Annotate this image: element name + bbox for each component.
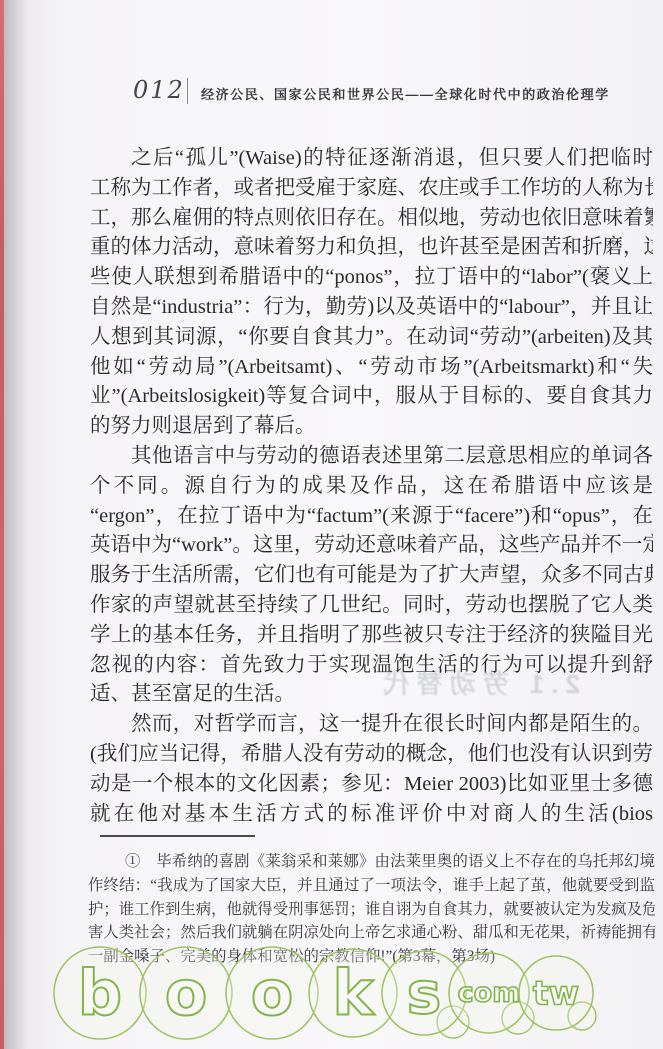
body-line: 工称为工作者，或者把受雇于家庭、农庄或手工作坊的人称为长 [90,174,653,204]
footnote-line: 一副金嗓子、完美的身体和宽松的宗教信仰!”(第3幕，第3场) [88,945,655,969]
bleedthrough-text: 2.1 劳动替代 [300,664,580,701]
paragraph: 之后“孤儿”(Waise)的特征逐渐消退，但只要人们把临时工称为工作者，或者把受… [90,144,653,442]
paragraph: 然而，对哲学而言，这一提升在很长时间内都是陌生的。(我们应当记得，希腊人没有劳动… [90,710,653,829]
footnote-line: 作终结：“我成为了国家大臣，并且通过了一项法令，谁手上起了茧，他就要受到监 [88,874,655,898]
watermark-bubble-tail [568,1002,596,1030]
body-line: 业”(Arbeitslosigkeit)等复合词中，服从于目标的、要自食其力 [90,382,653,412]
watermark-letter: s [407,959,442,1027]
watermark-bubble-tail [437,1006,469,1038]
body-line: 工，那么雇佣的特点则依旧存在。相似地，劳动也依旧意味着繁 [90,204,653,234]
footnote-separator [100,835,255,837]
page-header: 012 经济公民、国家公民和世界公民——全球化时代中的政治伦理学 [0,76,663,110]
body-line: 学上的基本任务，并且指明了那些被只专注于经济的狭隘目光 [90,621,653,651]
footnote-line: 护；谁工作到生病，他就得受刑事惩罚；谁自诩为自食其力，就要被认定为发疯及危 [88,898,655,922]
page-number: 012 [133,76,185,104]
body-line: “ergon”，在拉丁语中为“factum”(来源于“facere”)和“opu… [90,502,653,532]
body-line: 之后“孤儿”(Waise)的特征逐渐消退，但只要人们把临时 [90,144,653,174]
footnote-line: ① 毕希纳的喜剧《莱翁采和莱娜》由法莱里奥的语义上不存在的乌托邦幻境 [88,850,655,874]
body-line: 动是一个根本的文化因素；参见：Meier 2003)比如亚里士多德 [90,770,653,800]
watermark-bubble-tail [502,1002,534,1034]
book-page-scan: 012 经济公民、国家公民和世界公民——全球化时代中的政治伦理学 之后“孤儿”(… [0,0,663,1049]
body-line: 重的体力活动，意味着努力和负担，也许甚至是困苦和折磨，这 [90,233,653,263]
body-line: 作家的声望就甚至持续了几世纪。同时，劳动也摆脱了它人类 [90,591,653,621]
body-line: 自然是“industria”：行为，勤劳)以及英语中的“labour”，并且让 [90,293,653,323]
body-line: 服务于生活所需，它们也有可能是为了扩大声望，众多不同古典 [90,561,653,591]
page-gutter-shading [4,0,32,1049]
watermark-letter: tw [533,974,579,1013]
watermark-letter: com [458,978,521,1009]
body-line: 然而，对哲学而言，这一提升在很长时间内都是陌生的。 [90,710,653,740]
book-title: 经济公民、国家公民和世界公民——全球化时代中的政治伦理学 [201,84,610,103]
body-line: 个不同。源自行为的成果及作品，这在希腊语中应该是 [90,472,653,502]
body-line: 些使人联想到希腊语中的“ponos”，拉丁语中的“labor”(褒义上 [90,263,653,293]
body-line: 人想到其词源，“你要自食其力”。在动词“劳动”(arbeiten)及其 [90,323,653,353]
body-line: 就在他对基本生活方式的标准评价中对商人的生活(bios [90,800,653,830]
body-line: 英语中为“work”。这里，劳动还意味着产品，这些产品并不一定 [90,531,653,561]
header-divider [187,78,188,104]
body-text: 之后“孤儿”(Waise)的特征逐渐消退，但只要人们把临时工称为工作者，或者把受… [90,144,653,829]
footnote: ① 毕希纳的喜剧《莱翁采和莱娜》由法莱里奥的语义上不存在的乌托邦幻境作终结：“我… [88,850,655,969]
footnote-line: 害人类社会；然后我们就躺在阴凉处向上帝乞求通心粉、甜瓜和无花果，祈祷能拥有 [88,921,655,945]
body-line: 的努力则退居到了幕后。 [90,412,653,442]
body-line: (我们应当记得，希腊人没有劳动的概念，他们也没有认识到劳 [90,740,653,770]
body-line: 他如“劳动局”(Arbeitsamt)、“劳动市场”(Arbeitsmarkt)… [90,353,653,383]
body-line: 其他语言中与劳动的德语表述里第二层意思相应的单词各 [90,442,653,472]
